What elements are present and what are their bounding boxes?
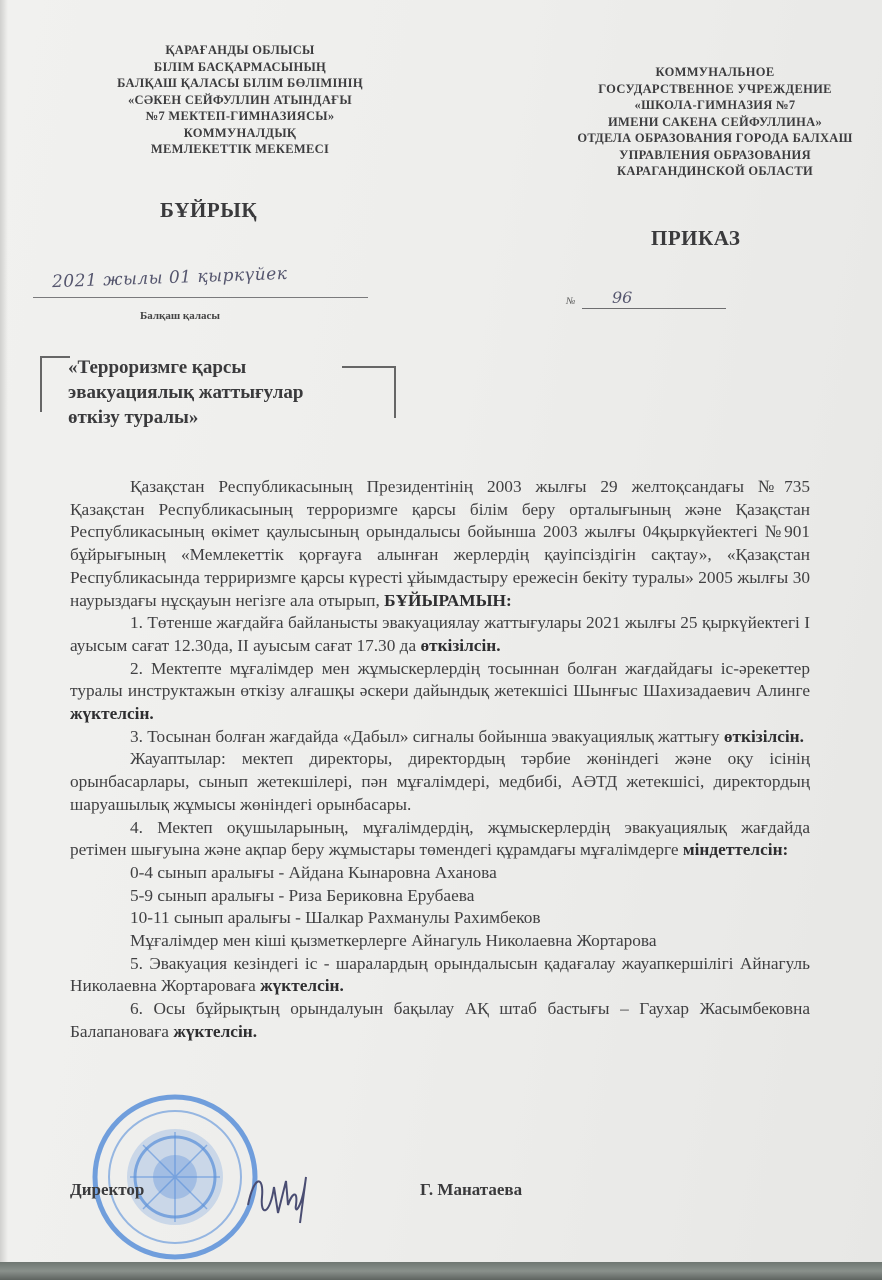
document-title-russian: ПРИКАЗ	[651, 226, 740, 251]
item-directive: міндеттелсін:	[683, 840, 788, 859]
desk-surface	[0, 1262, 882, 1280]
document-title-kazakh: БҰЙРЫҚ	[160, 198, 257, 223]
org-header-line: ИМЕНИ САКЕНА СЕЙФУЛЛИНА»	[570, 114, 860, 131]
signatory-title: Директор	[70, 1180, 144, 1200]
order-item-1: 1. Төтенше жағдайға байланысты эвакуация…	[70, 612, 810, 657]
order-keyword: БҰЙЫРАМЫН:	[384, 591, 512, 610]
org-header-line: КАРАГАНДИНСКОЙ ОБЛАСТИ	[570, 163, 860, 180]
handwritten-order-number: 96	[612, 288, 632, 307]
org-header-line: «ШКОЛА-ГИМНАЗИЯ №7	[570, 97, 860, 114]
subject-line: «Терроризмге қарсы	[68, 355, 358, 380]
org-header-line: №7 МЕКТЕП-ГИМНАЗИЯСЫ»	[80, 108, 400, 125]
order-item-3: 3. Тосынан болған жағдайда «Дабыл» сигна…	[70, 726, 810, 749]
assignment-line: 0-4 сынып аралығы - Айдана Кынаровна Аха…	[70, 862, 810, 885]
official-stamp-icon	[90, 1092, 260, 1262]
org-header-kazakh: ҚАРАҒАНДЫ ОБЛЫСЫ БІЛІМ БАСҚАРМАСЫНЫҢ БАЛ…	[80, 42, 400, 158]
org-header-line: БАЛҚАШ ҚАЛАСЫ БІЛІМ БӨЛІМІНІҢ	[80, 75, 400, 92]
org-header-line: УПРАВЛЕНИЯ ОБРАЗОВАНИЯ	[570, 147, 860, 164]
order-number-label: №	[566, 296, 575, 307]
responsible-paragraph: Жауаптылар: мектеп директоры, директорды…	[70, 748, 810, 816]
item-directive: жүктелсін.	[70, 704, 154, 723]
org-header-line: КОММУНАЛДЫҚ	[80, 125, 400, 142]
order-item-4: 4. Мектеп оқушыларының, мұғалімдердің, ж…	[70, 817, 810, 862]
assignment-line: 5-9 сынып аралығы - Риза Бериковна Еруба…	[70, 885, 810, 908]
item-directive: өткізілсін.	[724, 727, 804, 746]
order-item-2: 2. Мектепте мұғалімдер мен жұмыскерлерді…	[70, 658, 810, 726]
org-header-line: ОТДЕЛА ОБРАЗОВАНИЯ ГОРОДА БАЛХАШ	[570, 130, 860, 147]
subject-line: өткізу туралы»	[68, 405, 358, 430]
page-shadow	[0, 0, 8, 1262]
assignment-line: Мұғалімдер мен кіші қызметкерлерге Айнаг…	[70, 930, 810, 953]
date-underline	[33, 297, 368, 298]
preamble-paragraph: Қазақстан Республикасының Президентінің …	[70, 476, 810, 612]
org-header-line: БІЛІМ БАСҚАРМАСЫНЫҢ	[80, 59, 400, 76]
item-directive: жүктелсін.	[173, 1022, 257, 1041]
order-item-6: 6. Осы бұйрықтың орындалуын бақылау АҚ ш…	[70, 998, 810, 1043]
subject-bracket	[40, 356, 70, 358]
org-header-line: ГОСУДАРСТВЕННОЕ УЧРЕЖДЕНИЕ	[570, 81, 860, 98]
org-header-line: МЕМЛЕКЕТТІК МЕКЕМЕСІ	[80, 141, 400, 158]
order-item-5: 5. Эвакуация кезіндегі іс - шаралардың о…	[70, 953, 810, 998]
org-header-line: ҚАРАҒАНДЫ ОБЛЫСЫ	[80, 42, 400, 59]
org-header-line: «СӘКЕН СЕЙФУЛЛИН АТЫНДАҒЫ	[80, 92, 400, 109]
number-underline	[582, 308, 726, 309]
org-header-russian: КОММУНАЛЬНОЕ ГОСУДАРСТВЕННОЕ УЧРЕЖДЕНИЕ …	[570, 64, 860, 180]
subject-line: эвакуациялық жаттығулар	[68, 380, 358, 405]
signatory-name: Г. Манатаева	[420, 1180, 522, 1200]
org-header-line: КОММУНАЛЬНОЕ	[570, 64, 860, 81]
director-signature-icon	[240, 1165, 320, 1225]
assignment-line: 10-11 сынып аралығы - Шалкар Рахманулы Р…	[70, 907, 810, 930]
item-text: 3. Тосынан болған жағдайда «Дабыл» сигна…	[130, 727, 720, 746]
order-subject: «Терроризмге қарсы эвакуациялық жаттығул…	[68, 355, 358, 430]
city-label: Балқаш қаласы	[140, 310, 220, 322]
order-body: Қазақстан Республикасының Президентінің …	[70, 476, 810, 1044]
subject-bracket	[394, 366, 397, 418]
subject-bracket	[40, 356, 43, 412]
item-text: 5. Эвакуация кезіндегі іс - шаралардың о…	[70, 954, 810, 996]
item-directive: жүктелсін.	[260, 976, 344, 995]
item-text: 2. Мектепте мұғалімдер мен жұмыскерлерді…	[70, 659, 810, 701]
item-directive: өткізілсін.	[420, 636, 500, 655]
